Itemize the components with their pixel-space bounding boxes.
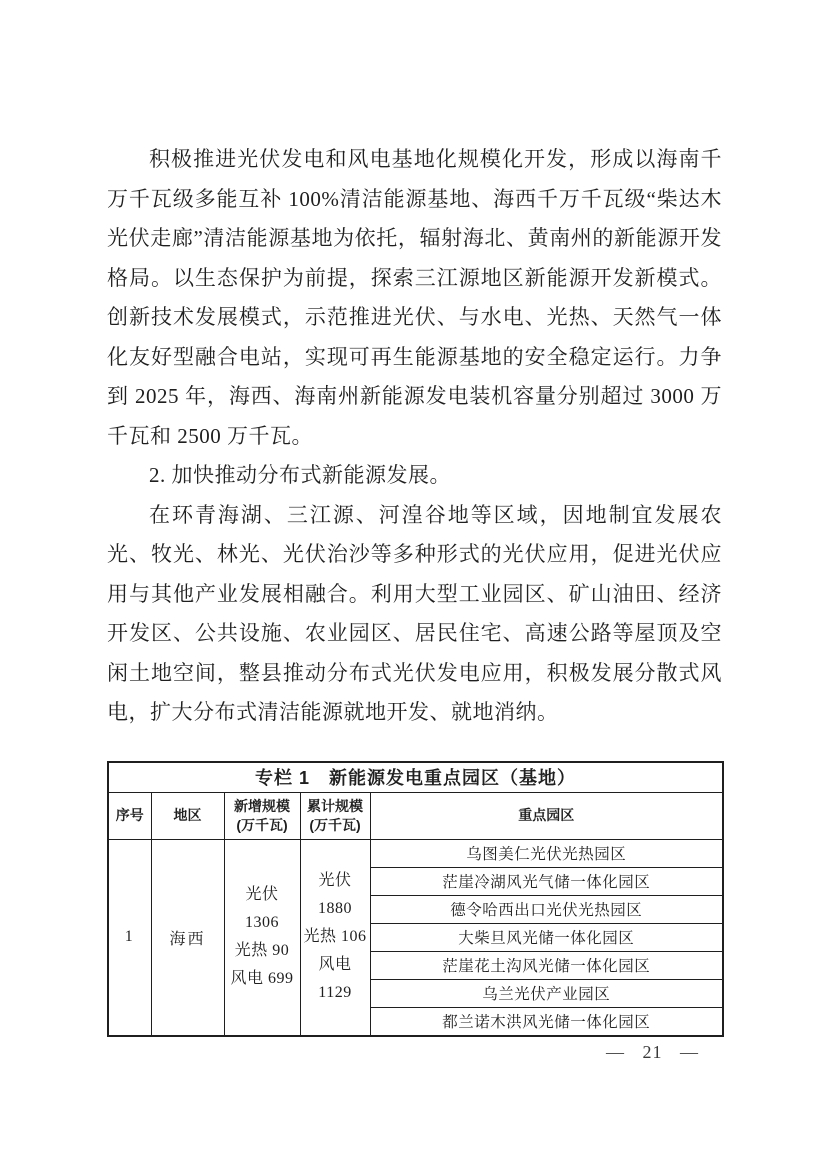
cell-park: 德令哈西出口光伏光热园区 [370,895,723,923]
paragraph-distributed-energy: 在环青海湖、三江源、河湟谷地等区域，因地制宜发展农光、牧光、林光、光伏治沙等多种… [107,496,722,733]
col-header-seq: 序号 [108,792,151,839]
cell-new-scale: 光伏 1306 光热 90 风电 699 [224,839,300,1036]
col-header-new-scale: 新增规模 (万千瓦) [224,792,300,839]
cell-park: 乌图美仁光伏光热园区 [370,839,723,867]
table-header-row: 序号 地区 新增规模 (万千瓦) 累计规模 (万千瓦) 重点园区 [108,792,723,839]
paragraph-heading-distributed-energy: 2. 加快推动分布式新能源发展。 [107,456,722,496]
table-title: 专栏 1 新能源发电重点园区（基地） [108,762,723,793]
cell-park: 乌兰光伏产业园区 [370,979,723,1007]
col-header-key-parks: 重点园区 [370,792,723,839]
cell-region: 海西 [151,839,224,1036]
cell-park: 大柴旦风光储一体化园区 [370,923,723,951]
page-number: — 21 — [606,1042,699,1063]
cell-park: 茫崖冷湖风光气储一体化园区 [370,867,723,895]
cell-total-scale: 光伏 1880 光热 106 风电 1129 [300,839,370,1036]
table-key-new-energy-parks: 专栏 1 新能源发电重点园区（基地） 序号 地区 新增规模 (万千瓦) 累计规模… [107,761,724,1037]
col-header-region: 地区 [151,792,224,839]
cell-park: 茫崖花土沟风光储一体化园区 [370,951,723,979]
cell-park: 都兰诺木洪风光储一体化园区 [370,1007,723,1036]
paragraph-basin-development: 积极推进光伏发电和风电基地化规模化开发，形成以海南千万千瓦级多能互补 100%清… [107,140,722,456]
col-header-total-scale: 累计规模 (万千瓦) [300,792,370,839]
document-body: 积极推进光伏发电和风电基地化规模化开发，形成以海南千万千瓦级多能互补 100%清… [107,140,722,1037]
table-row: 1 海西 光伏 1306 光热 90 风电 699 光伏 1880 光热 106… [108,839,723,867]
table-title-row: 专栏 1 新能源发电重点园区（基地） [108,762,723,793]
document-page: 积极推进光伏发电和风电基地化规模化开发，形成以海南千万千瓦级多能互补 100%清… [0,0,827,1169]
cell-seq: 1 [108,839,151,1036]
